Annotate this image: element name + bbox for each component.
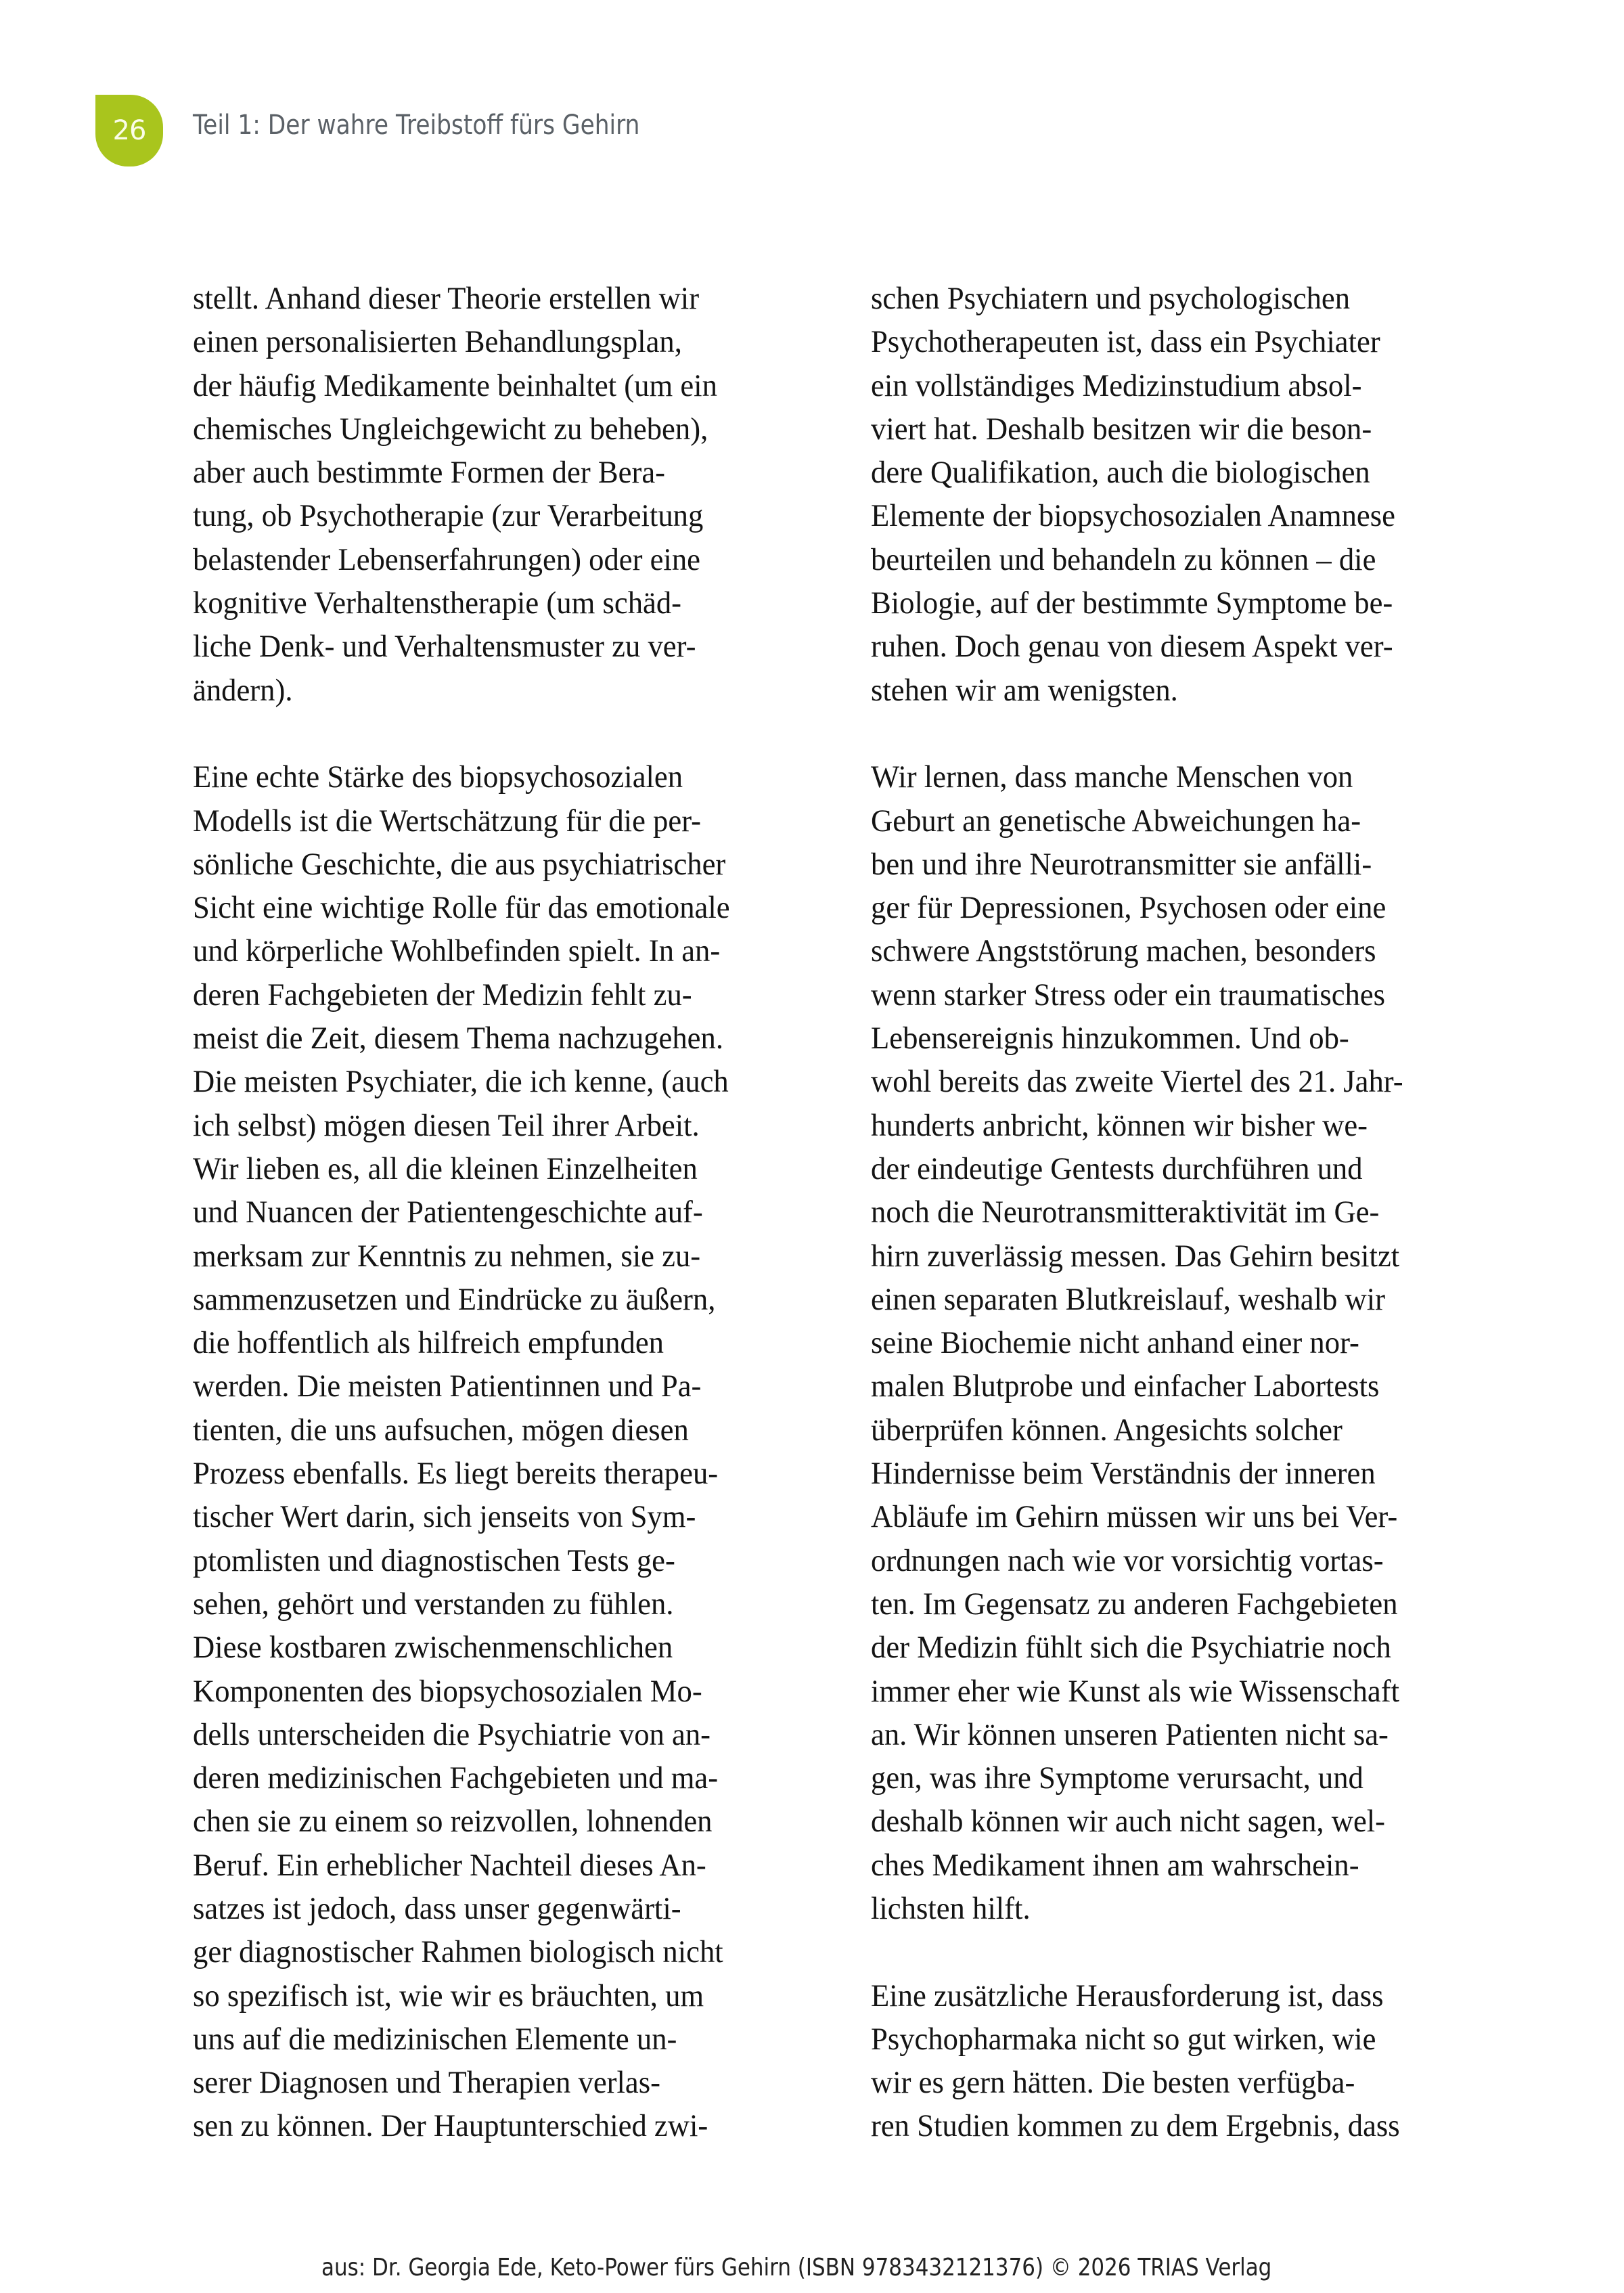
text-line: Wir lieben es, all die kleinen Einzelhei… xyxy=(193,1147,784,1190)
text-line: noch die Neurotransmitteraktivität im Ge… xyxy=(871,1190,1462,1234)
text-line: Komponenten des biopsychosozialen Mo- xyxy=(193,1670,784,1713)
text-line: hirn zuverlässig messen. Das Gehirn besi… xyxy=(871,1234,1462,1278)
text-line: Wir lernen, dass manche Menschen von xyxy=(871,755,1462,799)
text-line: einen personalisierten Behandlungsplan, xyxy=(193,320,784,363)
text-line: gen, was ihre Symptome verursacht, und xyxy=(871,1756,1462,1800)
text-line: einen separaten Blutkreislauf, weshalb w… xyxy=(871,1278,1462,1321)
text-line: stehen wir am wenigsten. xyxy=(871,669,1462,712)
text-line: belastender Lebenserfahrungen) oder eine xyxy=(193,538,784,581)
text-line: ten. Im Gegensatz zu anderen Fachgebiete… xyxy=(871,1582,1462,1626)
text-line: chemisches Ungleichgewicht zu beheben), xyxy=(193,407,784,451)
text-line: ger für Depressionen, Psychosen oder ein… xyxy=(871,886,1462,929)
text-line: immer eher wie Kunst als wie Wissenschaf… xyxy=(871,1670,1462,1713)
text-line: Hindernisse beim Verständnis der inneren xyxy=(871,1452,1462,1495)
text-line: sammenzusetzen und Eindrücke zu äußern, xyxy=(193,1278,784,1321)
text-line: tischer Wert darin, sich jenseits von Sy… xyxy=(193,1495,784,1538)
text-line: und körperliche Wohlbefinden spielt. In … xyxy=(193,929,784,973)
text-line: kognitive Verhaltenstherapie (um schäd- xyxy=(193,581,784,625)
text-line: chen sie zu einem so reizvollen, lohnend… xyxy=(193,1800,784,1843)
text-line: beurteilen und behandeln zu können – die xyxy=(871,538,1462,581)
text-line: ich selbst) mögen diesen Teil ihrer Arbe… xyxy=(193,1104,784,1147)
text-line: der Medizin fühlt sich die Psychiatrie n… xyxy=(871,1626,1462,1669)
text-line: Die meisten Psychiater, die ich kenne, (… xyxy=(193,1060,784,1103)
text-line: ein vollständiges Medizinstudium absol- xyxy=(871,364,1462,407)
text-line: ben und ihre Neurotransmitter sie anfäll… xyxy=(871,843,1462,886)
text-line: der eindeutige Gentests durchführen und xyxy=(871,1147,1462,1190)
text-line: ger diagnostischer Rahmen biologisch nic… xyxy=(193,1930,784,1974)
running-title: Teil 1: Der wahre Treibstoff fürs Gehirn xyxy=(193,110,639,141)
text-line: ändern). xyxy=(193,669,784,712)
page-number-badge: 26 xyxy=(95,95,163,166)
text-line: Biologie, auf der bestimmte Symptome be- xyxy=(871,581,1462,625)
text-line: sehen, gehört und verstanden zu fühlen. xyxy=(193,1582,784,1626)
text-line: Geburt an genetische Abweichungen ha- xyxy=(871,799,1462,843)
text-line: seine Biochemie nicht anhand einer nor- xyxy=(871,1321,1462,1364)
text-line: sönliche Geschichte, die aus psychiatris… xyxy=(193,843,784,886)
text-line: wir es gern hätten. Die besten verfügba- xyxy=(871,2061,1462,2104)
text-line: wohl bereits das zweite Viertel des 21. … xyxy=(871,1060,1462,1103)
body-paragraph: Wir lernen, dass manche Menschen vonGebu… xyxy=(871,755,1493,1930)
text-line: lichsten hilft. xyxy=(871,1887,1462,1930)
text-line: so spezifisch ist, wie wir es bräuchten,… xyxy=(193,1974,784,2018)
body-paragraph: stellt. Anhand dieser Theorie erstellen … xyxy=(193,277,815,712)
text-line: Lebensereignis hinzukommen. Und ob- xyxy=(871,1017,1462,1060)
text-line: Beruf. Ein erheblicher Nachteil dieses A… xyxy=(193,1844,784,1887)
text-line: ches Medikament ihnen am wahrschein- xyxy=(871,1844,1462,1887)
text-line: hunderts anbricht, können wir bisher we- xyxy=(871,1104,1462,1147)
text-line: Eine zusätzliche Herausforderung ist, da… xyxy=(871,1974,1462,2018)
text-line: Eine echte Stärke des biopsychosozialen xyxy=(193,755,784,799)
text-line: und Nuancen der Patientengeschichte auf- xyxy=(193,1190,784,1234)
text-line: sen zu können. Der Hauptunterschied zwi- xyxy=(193,2104,784,2147)
text-line: schwere Angststörung machen, besonders xyxy=(871,929,1462,973)
text-line: Diese kostbaren zwischenmenschlichen xyxy=(193,1626,784,1669)
text-line: serer Diagnosen und Therapien verlas- xyxy=(193,2061,784,2104)
text-line: Psychotherapeuten ist, dass ein Psychiat… xyxy=(871,320,1462,363)
text-line: dells unterscheiden die Psychiatrie von … xyxy=(193,1713,784,1756)
text-line: Prozess ebenfalls. Es liegt bereits ther… xyxy=(193,1452,784,1495)
text-line: schen Psychiatern und psychologischen xyxy=(871,277,1462,320)
text-line: deren medizinischen Fachgebieten und ma- xyxy=(193,1756,784,1800)
text-line: die hoffentlich als hilfreich empfunden xyxy=(193,1321,784,1364)
text-line: wenn starker Stress oder ein traumatisch… xyxy=(871,973,1462,1017)
text-line: satzes ist jedoch, dass unser gegenwärti… xyxy=(193,1887,784,1930)
page-number: 26 xyxy=(113,115,146,146)
text-line: viert hat. Deshalb besitzen wir die beso… xyxy=(871,407,1462,451)
text-line: malen Blutprobe und einfacher Labortests xyxy=(871,1364,1462,1408)
text-line: deren Fachgebieten der Medizin fehlt zu- xyxy=(193,973,784,1017)
text-line: aber auch bestimmte Formen der Bera- xyxy=(193,451,784,494)
body-paragraph: schen Psychiatern und psychologischenPsy… xyxy=(871,277,1493,712)
text-line: Psychopharmaka nicht so gut wirken, wie xyxy=(871,2018,1462,2061)
text-line: tienten, die uns aufsuchen, mögen diesen xyxy=(193,1408,784,1452)
text-line: dere Qualifikation, auch die biologische… xyxy=(871,451,1462,494)
text-line: ren Studien kommen zu dem Ergebnis, dass xyxy=(871,2104,1462,2147)
text-line: meist die Zeit, diesem Thema nachzugehen… xyxy=(193,1017,784,1060)
text-line: Abläufe im Gehirn müssen wir uns bei Ver… xyxy=(871,1495,1462,1538)
text-line: deshalb können wir auch nicht sagen, wel… xyxy=(871,1800,1462,1843)
text-line: stellt. Anhand dieser Theorie erstellen … xyxy=(193,277,784,320)
text-line: ordnungen nach wie vor vorsichtig vortas… xyxy=(871,1539,1462,1582)
text-line: Elemente der biopsychosozialen Anamnese xyxy=(871,494,1462,537)
text-line: der häufig Medikamente beinhaltet (um ei… xyxy=(193,364,784,407)
text-line: tung, ob Psychotherapie (zur Verarbeitun… xyxy=(193,494,784,537)
body-paragraph: Eine zusätzliche Herausforderung ist, da… xyxy=(871,1974,1493,2148)
text-line: überprüfen können. Angesichts solcher xyxy=(871,1408,1462,1452)
text-column-left: stellt. Anhand dieser Theorie erstellen … xyxy=(193,277,815,2148)
text-line: ruhen. Doch genau von diesem Aspekt ver- xyxy=(871,625,1462,668)
text-line: werden. Die meisten Patientinnen und Pa- xyxy=(193,1364,784,1408)
text-line: ptomlisten und diagnostischen Tests ge- xyxy=(193,1539,784,1582)
source-footer: aus: Dr. Georgia Ede, Keto-Power fürs Ge… xyxy=(321,2254,1271,2281)
body-paragraph: Eine echte Stärke des biopsychosozialenM… xyxy=(193,755,815,2148)
text-line: Sicht eine wichtige Rolle für das emotio… xyxy=(193,886,784,929)
text-line: uns auf die medizinischen Elemente un- xyxy=(193,2018,784,2061)
text-line: liche Denk- und Verhaltensmuster zu ver- xyxy=(193,625,784,668)
text-line: Modells ist die Wertschätzung für die pe… xyxy=(193,799,784,843)
text-line: merksam zur Kenntnis zu nehmen, sie zu- xyxy=(193,1234,784,1278)
text-line: an. Wir können unseren Patienten nicht s… xyxy=(871,1713,1462,1756)
text-column-right: schen Psychiatern und psychologischenPsy… xyxy=(871,277,1493,2148)
